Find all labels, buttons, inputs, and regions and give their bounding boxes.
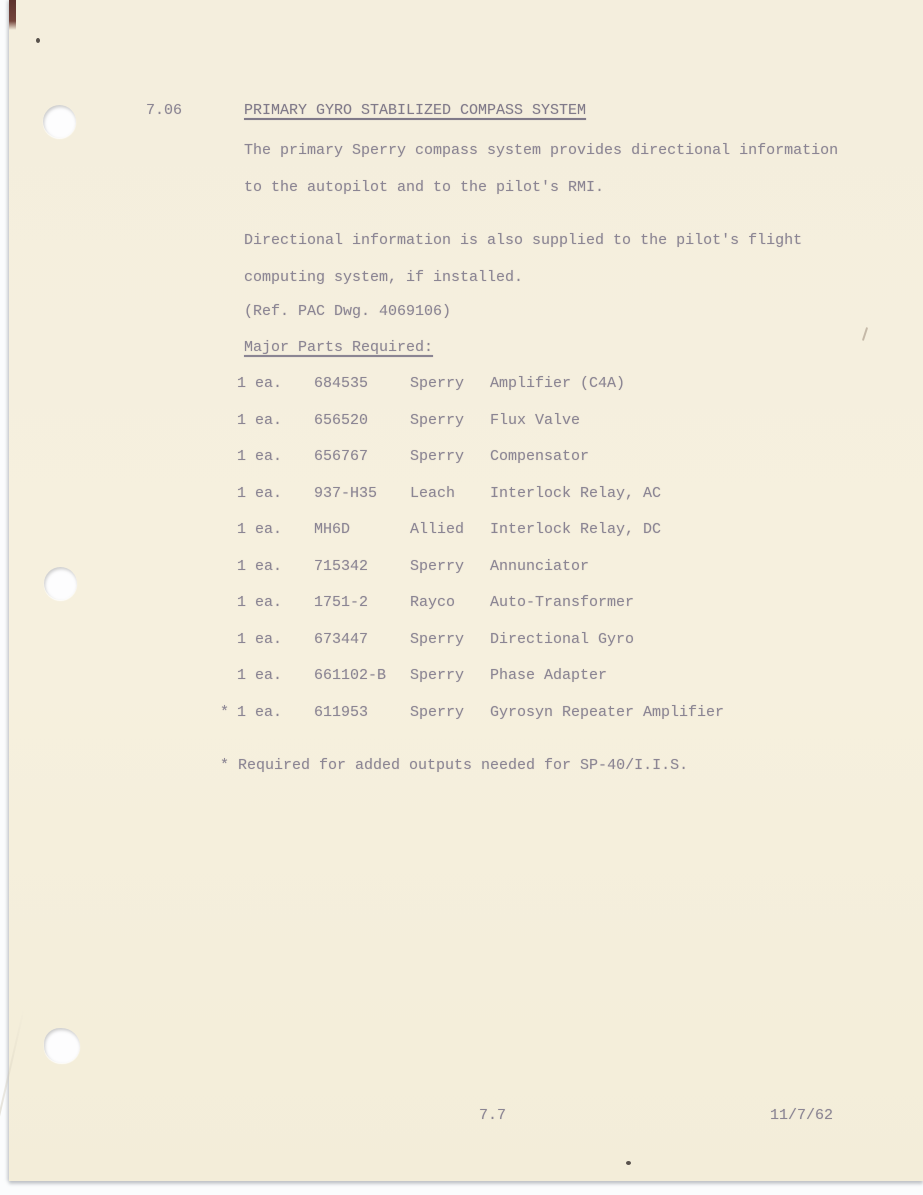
part-vendor: Sperry: [410, 695, 464, 732]
part-vendor: Sperry: [410, 549, 464, 586]
part-row: 1 ea. 1751-2 Rayco Auto-Transformer: [9, 585, 923, 622]
hole-punch-middle: [44, 567, 77, 600]
part-quantity: 1 ea.: [237, 512, 282, 549]
part-vendor: Sperry: [410, 622, 464, 659]
part-number: 937-H35: [314, 476, 377, 513]
part-quantity: 1 ea.: [237, 549, 282, 586]
part-row: 1 ea. 715342 Sperry Annunciator: [9, 549, 923, 586]
part-row: 1 ea. 661102-B Sperry Phase Adapter: [9, 658, 923, 695]
paragraph-primary-compass: The primary Sperry compass system provid…: [244, 133, 838, 206]
edge-stain-mark: [9, 0, 16, 30]
section-number: 7.06: [146, 102, 182, 119]
part-vendor: Sperry: [410, 403, 464, 440]
ink-speck: [626, 1161, 631, 1165]
part-description: Phase Adapter: [490, 658, 607, 695]
part-number: 1751-2: [314, 585, 368, 622]
part-vendor: Sperry: [410, 366, 464, 403]
parts-list: 1 ea. 684535 Sperry Amplifier (C4A) 1 ea…: [9, 366, 923, 731]
part-vendor: Rayco: [410, 585, 455, 622]
footnote: * Required for added outputs needed for …: [220, 757, 688, 774]
footer-page-number: 7.7: [479, 1107, 506, 1124]
part-vendor: Allied: [410, 512, 464, 549]
part-row: 1 ea. MH6D Allied Interlock Relay, DC: [9, 512, 923, 549]
scanned-page: 7.06 PRIMARY GYRO STABILIZED COMPASS SYS…: [0, 0, 923, 1195]
parts-list-heading: Major Parts Required:: [244, 339, 433, 356]
ink-speck: [36, 38, 40, 43]
footer-date: 11/7/62: [770, 1107, 833, 1124]
part-number: 673447: [314, 622, 368, 659]
reference-drawing-line: (Ref. PAC Dwg. 4069106): [244, 303, 451, 320]
part-quantity: 1 ea.: [237, 622, 282, 659]
part-quantity: 1 ea.: [237, 695, 282, 732]
part-row: 1 ea. 937-H35 Leach Interlock Relay, AC: [9, 476, 923, 513]
part-description: Annunciator: [490, 549, 589, 586]
part-flag: *: [220, 695, 229, 732]
part-quantity: 1 ea.: [237, 585, 282, 622]
part-quantity: 1 ea.: [237, 476, 282, 513]
paragraph-directional-info: Directional information is also supplied…: [244, 223, 802, 296]
part-vendor: Leach: [410, 476, 455, 513]
hole-punch-top: [43, 105, 76, 138]
part-vendor: Sperry: [410, 658, 464, 695]
page-title: PRIMARY GYRO STABILIZED COMPASS SYSTEM: [244, 102, 586, 119]
part-quantity: 1 ea.: [237, 439, 282, 476]
part-number: 656767: [314, 439, 368, 476]
part-number: MH6D: [314, 512, 350, 549]
part-quantity: 1 ea.: [237, 658, 282, 695]
part-description: Interlock Relay, DC: [490, 512, 661, 549]
part-quantity: 1 ea.: [237, 403, 282, 440]
part-description: Amplifier (C4A): [490, 366, 625, 403]
part-vendor: Sperry: [410, 439, 464, 476]
part-number: 656520: [314, 403, 368, 440]
part-description: Compensator: [490, 439, 589, 476]
part-row: * 1 ea. 611953 Sperry Gyrosyn Repeater A…: [9, 695, 923, 732]
part-number: 715342: [314, 549, 368, 586]
part-number: 661102-B: [314, 658, 386, 695]
part-description: Flux Valve: [490, 403, 580, 440]
part-description: Auto-Transformer: [490, 585, 634, 622]
pencil-slash-mark: [862, 327, 868, 341]
part-description: Directional Gyro: [490, 622, 634, 659]
paper-sheet: 7.06 PRIMARY GYRO STABILIZED COMPASS SYS…: [9, 0, 923, 1181]
paper-crease: [0, 1008, 25, 1184]
part-description: Interlock Relay, AC: [490, 476, 661, 513]
part-number: 611953: [314, 695, 368, 732]
part-row: 1 ea. 656520 Sperry Flux Valve: [9, 403, 923, 440]
part-number: 684535: [314, 366, 368, 403]
part-description: Gyrosyn Repeater Amplifier: [490, 695, 724, 732]
part-row: 1 ea. 684535 Sperry Amplifier (C4A): [9, 366, 923, 403]
hole-punch-bottom: [44, 1028, 80, 1063]
part-quantity: 1 ea.: [237, 366, 282, 403]
part-row: 1 ea. 673447 Sperry Directional Gyro: [9, 622, 923, 659]
part-row: 1 ea. 656767 Sperry Compensator: [9, 439, 923, 476]
